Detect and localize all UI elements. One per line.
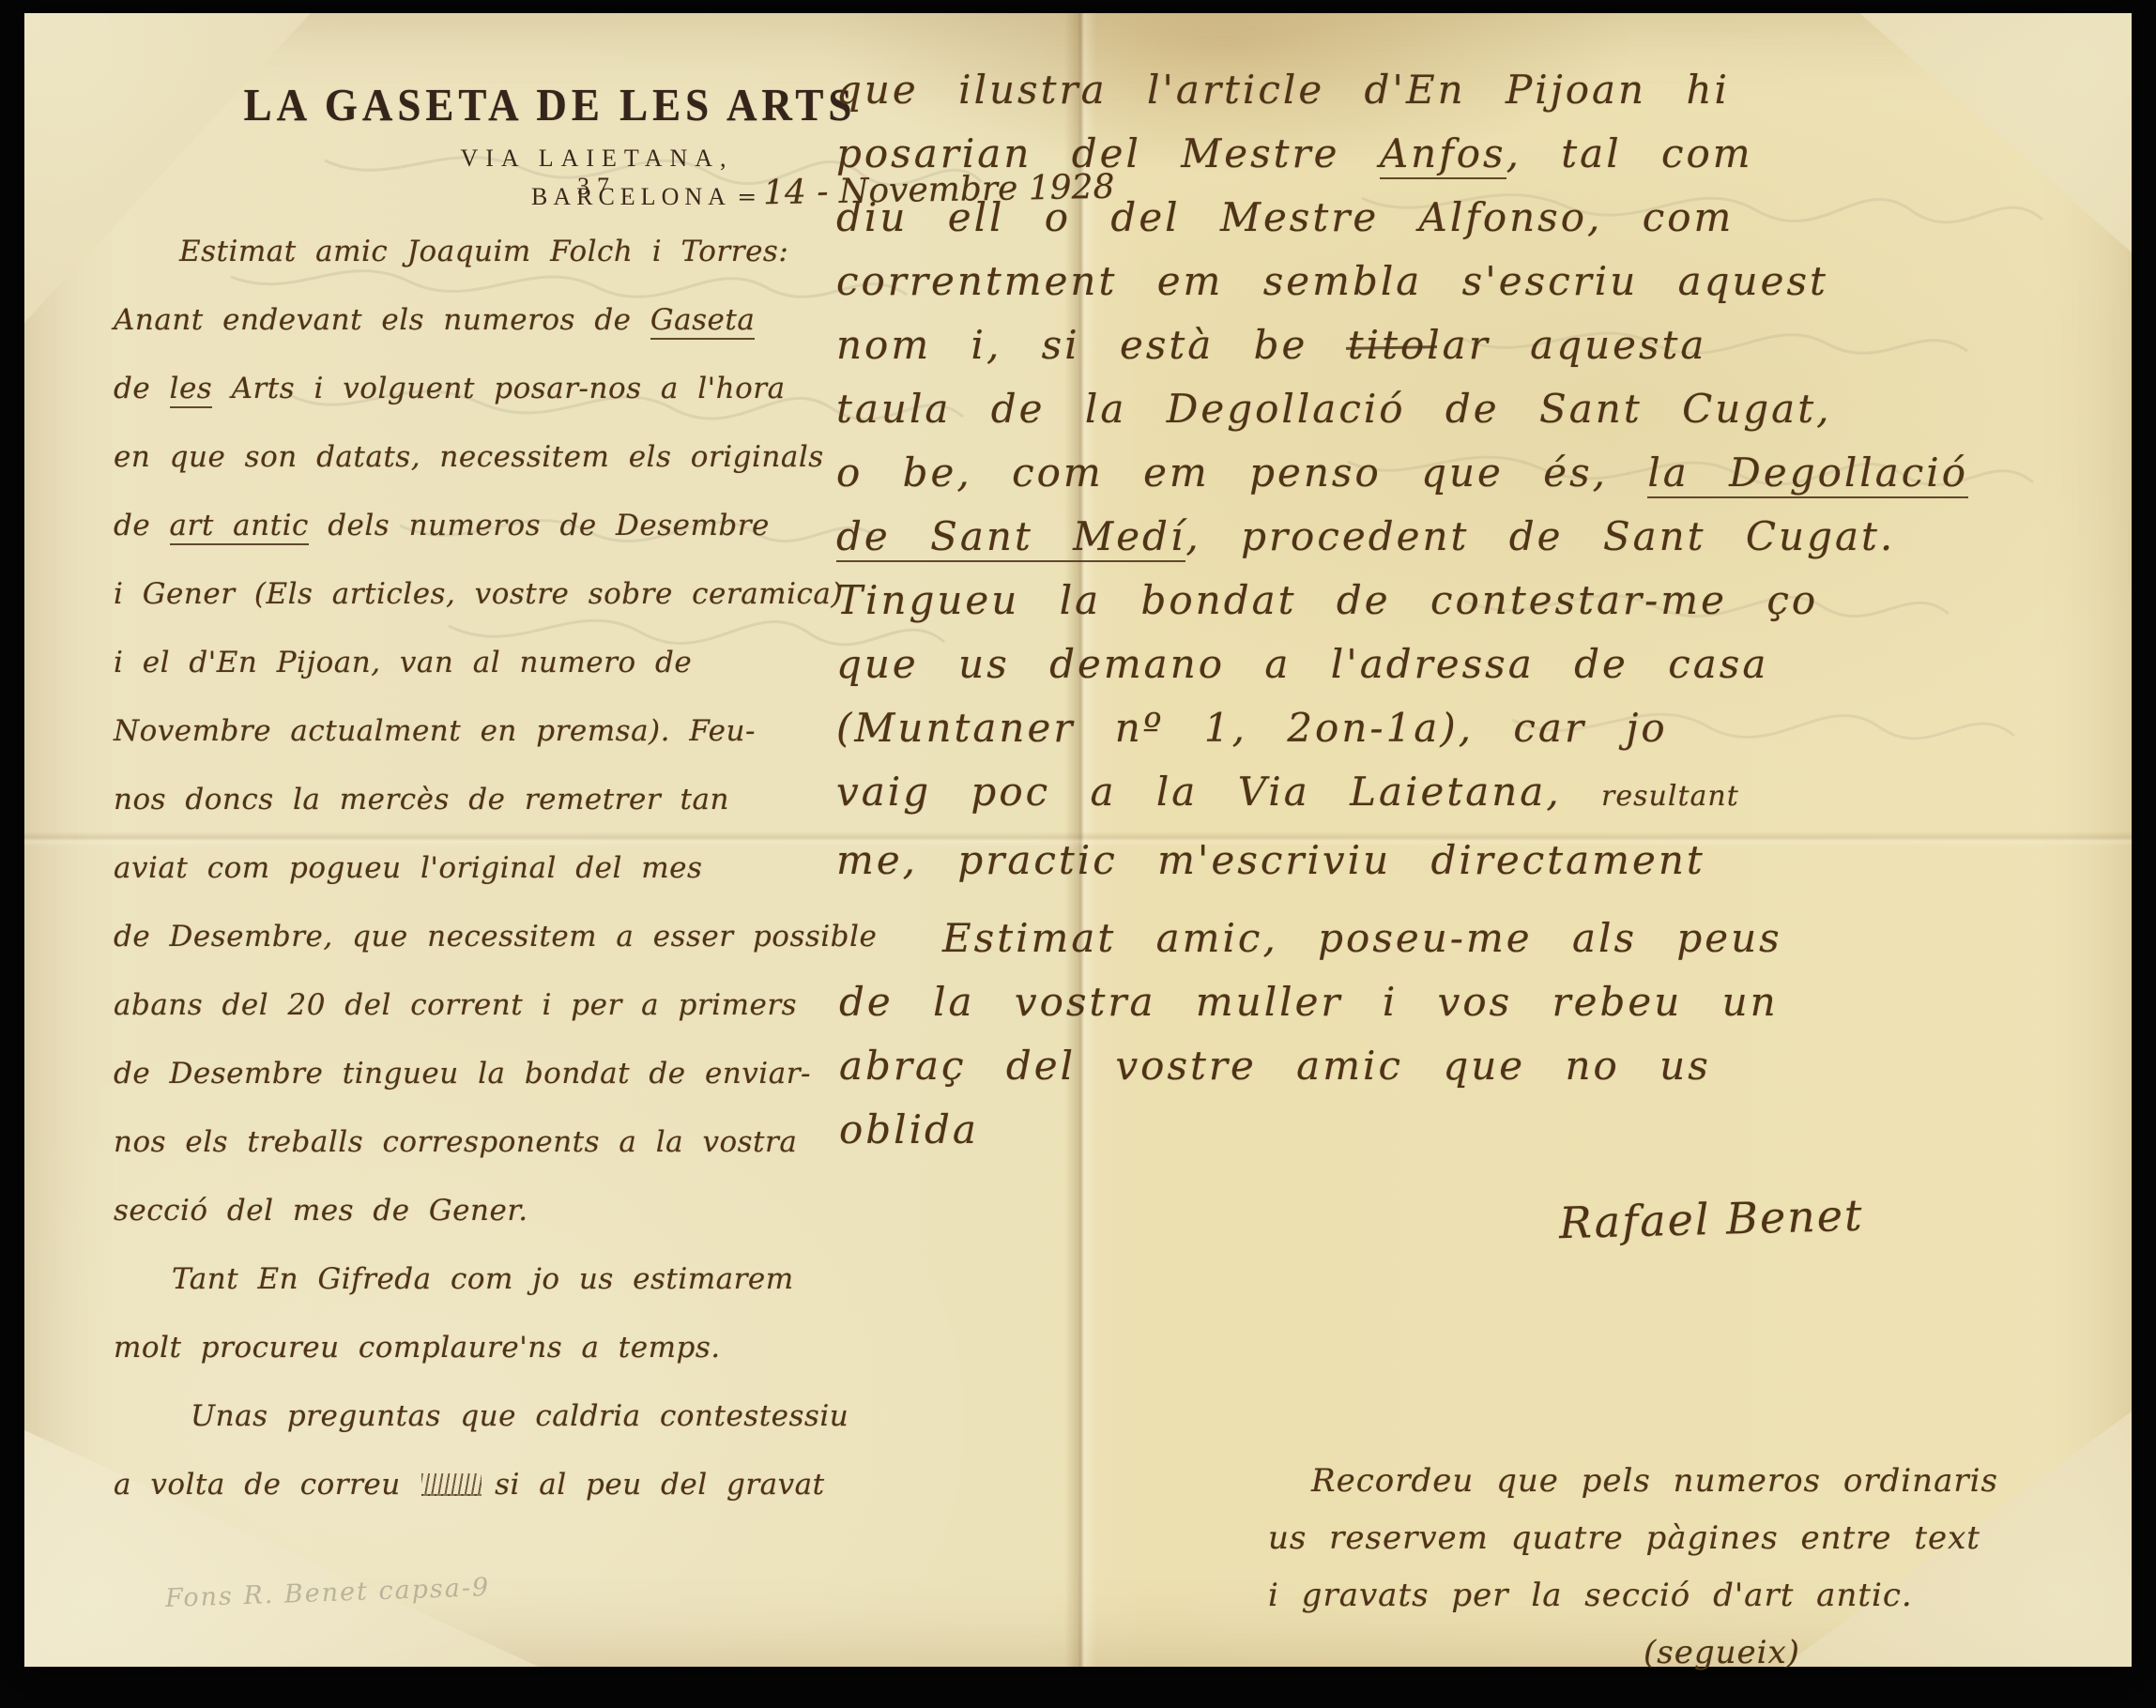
- handwritten-line: posarian del Mestre Anfos, tal com: [836, 122, 2150, 186]
- letterhead-city: BARCELONA: [531, 183, 731, 210]
- crossed-out-word: [421, 1473, 482, 1496]
- postscript: Recordeu que pels numeros ordinaris us r…: [1268, 1453, 2156, 1682]
- handwritten-line: a volta de correu si al peu del gravat: [114, 1451, 813, 1519]
- handwritten-line: secció del mes de Gener.: [114, 1177, 813, 1245]
- handwritten-line: que us demano a l'adressa de casa: [836, 633, 2150, 696]
- handwritten-line: Tant En Gifreda com jo us estimarem: [114, 1245, 813, 1314]
- handwritten-line: que ilustra l'article d'En Pijoan hi: [836, 58, 2150, 122]
- handwritten-line: de Desembre tingueu la bondat de enviar-: [114, 1040, 813, 1108]
- handwritten-line: nos els treballs corresponents a la vost…: [114, 1108, 813, 1177]
- signature: Rafael Benet: [1558, 1190, 1864, 1248]
- archival-pencil-note: Fons R. Benet capsa-9: [165, 1573, 491, 1613]
- continuation-note: (segueix): [1644, 1624, 2156, 1682]
- left-page-text: Estimat amic Joaquim Folch i Torres: Ana…: [114, 218, 813, 1519]
- handwritten-line: correntment em sembla s'escriu aquest: [836, 250, 2150, 313]
- handwritten-line: i gravats per la secció d'art antic.: [1268, 1567, 2156, 1624]
- handwritten-line: nos doncs la mercès de remetrer tan: [114, 766, 813, 834]
- handwritten-line: de art antic dels numeros de Desembre: [114, 492, 813, 560]
- handwritten-line: oblida: [839, 1098, 2134, 1162]
- handwritten-line: de Sant Medí, procedent de Sant Cugat.: [836, 505, 2150, 569]
- letterhead-date-separator: =: [738, 186, 756, 211]
- handwritten-line: i Gener (Els articles, vostre sobre cera…: [114, 560, 813, 629]
- handwritten-line: abraç del vostre amic que no us: [839, 1034, 2134, 1098]
- right-page-text: que ilustra l'article d'En Pijoan hi pos…: [836, 58, 2150, 892]
- letter-sheet: LA GASETA DE LES ARTS VIA LAIETANA, 37 B…: [24, 13, 2132, 1667]
- handwritten-line: de Desembre, que necessitem a esser poss…: [114, 903, 813, 971]
- corrected-word: titolar: [1348, 322, 1491, 368]
- handwritten-line: aviat com pogueu l'original del mes: [114, 834, 813, 903]
- closing-paragraph: Estimat amic, poseu-me als peus de la vo…: [839, 907, 2134, 1162]
- handwritten-line: vaig poc a la Via Laietana, resultant: [836, 760, 2150, 829]
- handwritten-line: diu ell o del Mestre Alfonso, com: [836, 186, 2150, 250]
- handwritten-line: Unas preguntas que caldria contestessiu: [114, 1382, 813, 1451]
- handwritten-line: abans del 20 del corrent i per a primers: [114, 971, 813, 1040]
- handwritten-line: nom i, si està be titolar aquesta: [836, 313, 2150, 377]
- handwritten-line: (Muntaner nº 1, 2on-1a), car jo: [836, 696, 2150, 760]
- handwritten-line: Tingueu la bondat de contestar-me ço: [836, 569, 2150, 633]
- letterhead-title: LA GASETA DE LES ARTS: [212, 79, 888, 131]
- handwritten-line: Anant endevant els numeros de Gaseta: [114, 286, 813, 355]
- handwritten-line: Estimat amic, poseu-me als peus: [839, 907, 2134, 970]
- photo-of-letter: { "letterhead": { "title": "LA GASETA DE…: [0, 0, 2156, 1708]
- handwritten-line: o be, com em penso que és, la Degollació: [836, 441, 2150, 505]
- salutation: Estimat amic Joaquim Folch i Torres:: [114, 218, 813, 286]
- handwritten-line: de les Arts i volguent posar-nos a l'hor…: [114, 355, 813, 423]
- handwritten-line: molt procureu complaure'ns a temps.: [114, 1314, 813, 1382]
- handwritten-line: de la vostra muller i vos rebeu un: [839, 970, 2134, 1034]
- handwritten-line: me, practic m'escriviu directament: [836, 829, 2150, 892]
- handwritten-line: Recordeu que pels numeros ordinaris: [1268, 1453, 2156, 1510]
- handwritten-line: us reservem quatre pàgines entre text: [1268, 1510, 2156, 1567]
- handwritten-line: Novembre actualment en premsa). Feu-: [114, 697, 813, 766]
- handwritten-line: i el d'En Pijoan, van al numero de: [114, 629, 813, 697]
- handwritten-line: en que son datats, necessitem els origin…: [114, 423, 813, 492]
- handwritten-line: taula de la Degollació de Sant Cugat,: [836, 377, 2150, 441]
